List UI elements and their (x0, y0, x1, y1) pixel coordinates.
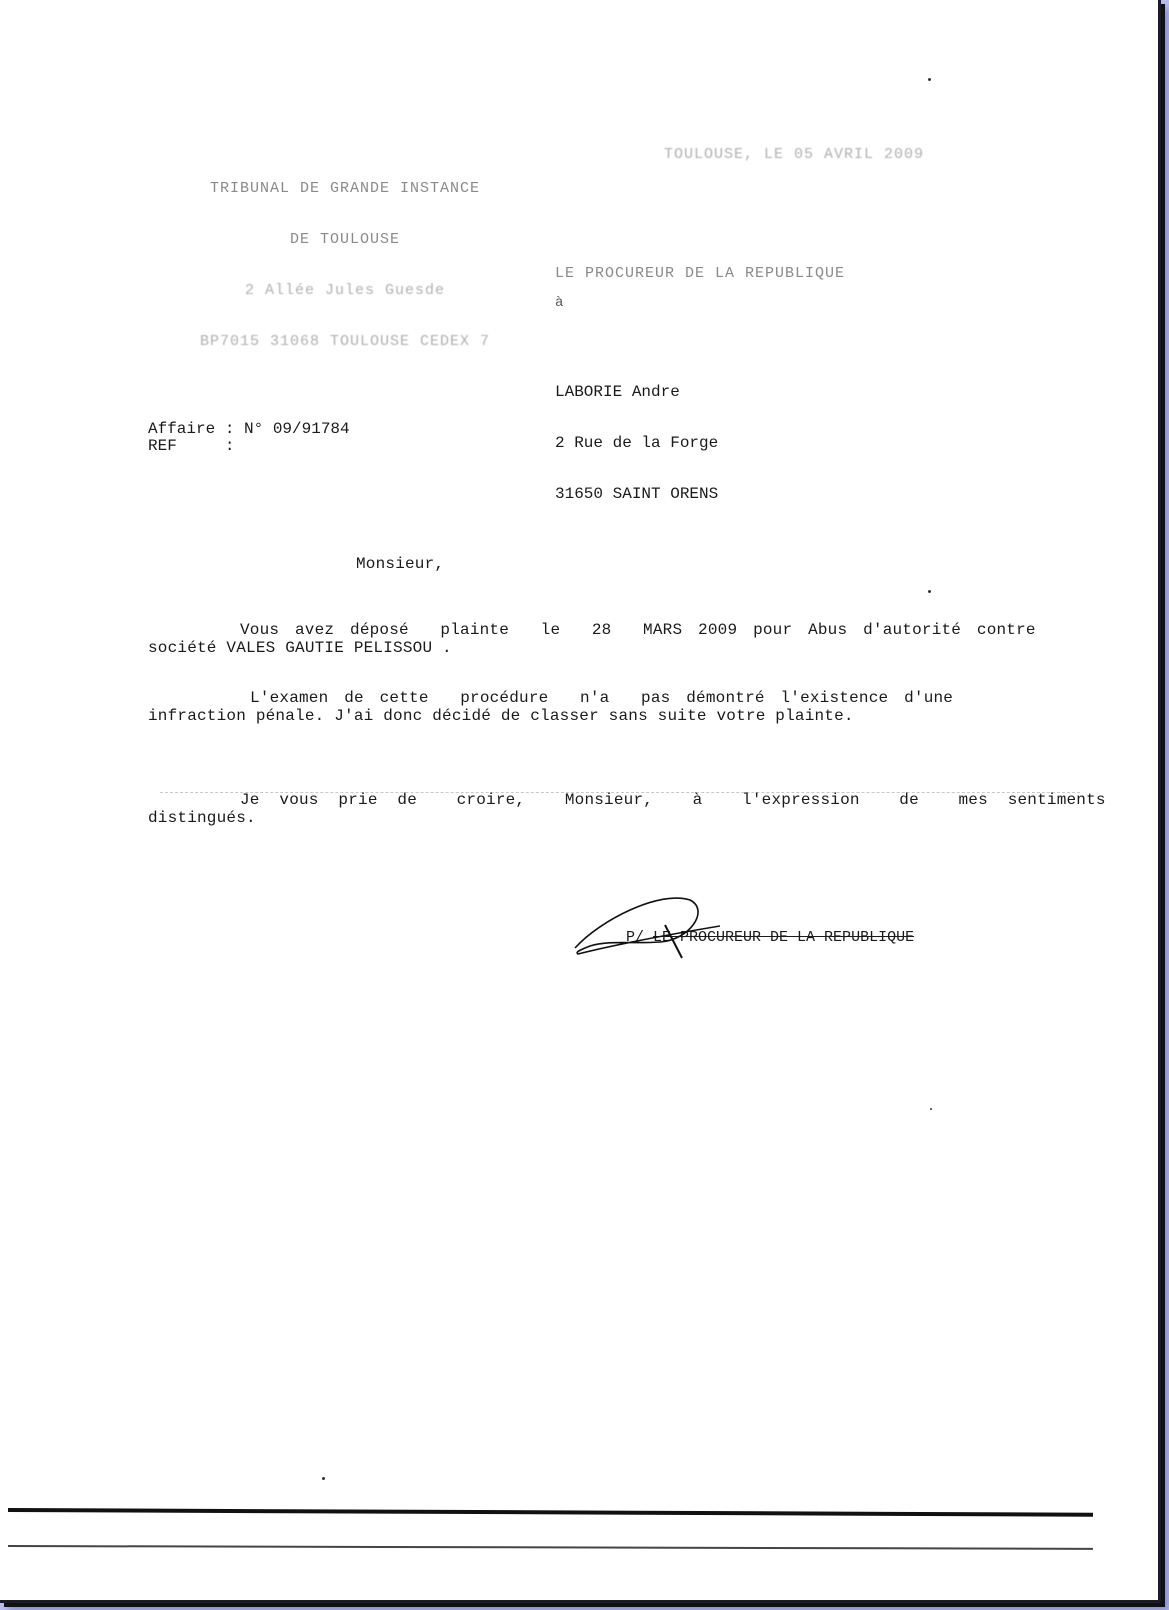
scan-speck (930, 1108, 932, 1110)
paragraph-1-line-2: société VALES GAUTIE PELISSOU . (148, 640, 452, 657)
salutation: Monsieur, (356, 556, 444, 573)
sender-city: DE TOULOUSE (165, 231, 525, 248)
paragraph-2-line-1: L'examen de cette procédure n'a pas démo… (250, 690, 953, 707)
from-title: LE PROCUREUR DE LA REPUBLIQUE (555, 265, 845, 282)
footer-rule-thin (8, 1545, 1093, 1550)
recipient-address: LABORIE Andre 2 Rue de la Forge 31650 SA… (555, 350, 718, 537)
sender-street: 2 Allée Jules Guesde (165, 282, 525, 299)
case-number: Affaire : N° 09/91784 (148, 421, 350, 438)
footer-rule-thick (8, 1508, 1093, 1517)
paragraph-3-line-2: distingués. (148, 810, 256, 827)
sender-header: TRIBUNAL DE GRANDE INSTANCE DE TOULOUSE … (165, 146, 525, 384)
to-marker: à (555, 295, 563, 312)
recipient-name: LABORIE Andre (555, 384, 718, 401)
case-ref: REF : (148, 438, 234, 455)
scan-speck (928, 78, 931, 81)
sender-postal: BP7015 31068 TOULOUSE CEDEX 7 (165, 333, 525, 350)
recipient-city: 31650 SAINT ORENS (555, 486, 718, 503)
date-line: TOULOUSE, LE 05 AVRIL 2009 (664, 146, 924, 163)
sender-court-name: TRIBUNAL DE GRANDE INSTANCE (165, 180, 525, 197)
scanned-letter-page: TRIBUNAL DE GRANDE INSTANCE DE TOULOUSE … (0, 0, 1161, 1603)
scan-speck (322, 1477, 325, 1480)
paragraph-3-line-1: Je vous prie de croire, Monsieur, à l'ex… (240, 792, 1106, 809)
scan-speck (928, 590, 931, 593)
paragraph-2-line-2: infraction pénale. J'ai donc décidé de c… (148, 708, 854, 725)
paragraph-1-line-1: Vous avez déposé plainte le 28 MARS 2009… (240, 622, 1036, 639)
handwritten-signature-icon (570, 880, 720, 960)
recipient-street: 2 Rue de la Forge (555, 435, 718, 452)
